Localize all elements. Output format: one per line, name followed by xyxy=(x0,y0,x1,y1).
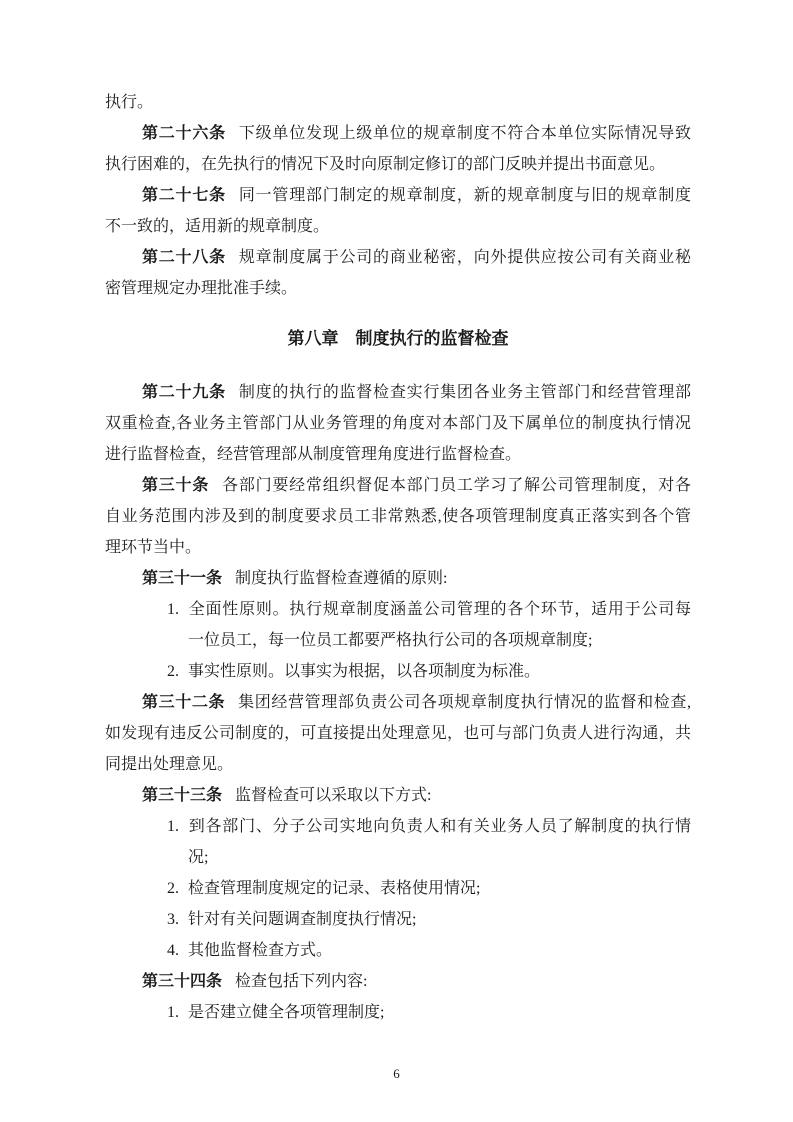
text-line: 同提出处理意见。 xyxy=(105,749,691,780)
item-number: 1. xyxy=(167,811,188,842)
text-line: 1.是否建立健全各项管理制度; xyxy=(188,997,691,1028)
text-line: 3.针对有关问题调查制度执行情况; xyxy=(188,904,691,935)
text-line: 第二十六条下级单位发现上级单位的规章制度不符合本单位实际情况导致 xyxy=(105,118,691,149)
article-number: 第二十七条 xyxy=(142,187,226,204)
text-line: 不一致的，适用新的规章制度。 xyxy=(105,211,691,242)
article-number: 第三十一条 xyxy=(142,570,222,587)
paragraph: 第二十七条同一管理部门制定的规章制度，新的规章制度与旧的规章制度不一致的，适用新… xyxy=(105,180,691,242)
page-number: 6 xyxy=(0,1064,793,1083)
text-line: 第三十一条制度执行监督检查遵循的原则: xyxy=(105,563,691,594)
article-number: 第二十六条 xyxy=(142,125,226,142)
text-line: 第三十条各部门要经常组织督促本部门员工学习了解公司管理制度，对各 xyxy=(105,470,691,501)
list-item: 1.到各部门、分子公司实地向负责人和有关业务人员了解制度的执行情况; xyxy=(105,811,691,873)
article-number: 第二十九条 xyxy=(142,384,226,401)
text-line: 自业务范围内涉及到的制度要求员工非常熟悉,使各项管理制度真正落实到各个管 xyxy=(105,501,691,532)
paragraph: 执行。 xyxy=(105,87,691,118)
paragraph: 第三十条各部门要经常组织督促本部门员工学习了解公司管理制度，对各自业务范围内涉及… xyxy=(105,470,691,563)
article-number: 第三十二条 xyxy=(142,694,225,711)
list-item: 1.是否建立健全各项管理制度; xyxy=(105,997,691,1028)
text-line: 2.检查管理制度规定的记录、表格使用情况; xyxy=(188,873,691,904)
article-number: 第三十四条 xyxy=(142,973,222,990)
list-item: 1.全面性原则。执行规章制度涵盖公司管理的各个环节，适用于公司每一位员工，每一位… xyxy=(105,594,691,656)
article-number: 第三十三条 xyxy=(142,787,222,804)
document-content: 执行。第二十六条下级单位发现上级单位的规章制度不符合本单位实际情况导致执行困难的… xyxy=(105,87,691,1028)
item-number: 2. xyxy=(167,873,188,904)
text-line: 一位员工，每一位员工都要严格执行公司的各项规章制度; xyxy=(188,625,691,656)
text-line: 第二十七条同一管理部门制定的规章制度，新的规章制度与旧的规章制度 xyxy=(105,180,691,211)
item-number: 3. xyxy=(167,904,188,935)
article-number: 第三十条 xyxy=(142,477,209,494)
text-line: 第二十八条规章制度属于公司的商业秘密，向外提供应按公司有关商业秘 xyxy=(105,242,691,273)
text-line: 执行。 xyxy=(105,87,691,118)
text-line: 执行困难的，在先执行的情况下及时向原制定修订的部门反映并提出书面意见。 xyxy=(105,149,691,180)
text-line: 2.事实性原则。以事实为根据，以各项制度为标准。 xyxy=(188,656,691,687)
text-line: 如发现有违反公司制度的，可直接提出处理意见，也可与部门负责人进行沟通，共 xyxy=(105,718,691,749)
text-line: 第三十三条监督检查可以采取以下方式: xyxy=(105,780,691,811)
paragraph: 第三十二条集团经营管理部负责公司各项规章制度执行情况的监督和检查,如发现有违反公… xyxy=(105,687,691,780)
paragraph: 第二十八条规章制度属于公司的商业秘密，向外提供应按公司有关商业秘密管理规定办理批… xyxy=(105,242,691,304)
article-number: 第二十八条 xyxy=(142,249,226,266)
item-number: 2. xyxy=(167,656,188,687)
list-item: 2.检查管理制度规定的记录、表格使用情况; xyxy=(105,873,691,904)
text-line: 1.到各部门、分子公司实地向负责人和有关业务人员了解制度的执行情 xyxy=(188,811,691,842)
text-line: 1.全面性原则。执行规章制度涵盖公司管理的各个环节，适用于公司每 xyxy=(188,594,691,625)
text-line: 密管理规定办理批准手续。 xyxy=(105,273,691,304)
item-number: 1. xyxy=(167,997,188,1028)
list-item: 2.事实性原则。以事实为根据，以各项制度为标准。 xyxy=(105,656,691,687)
list-item: 4.其他监督检查方式。 xyxy=(105,935,691,966)
chapter-heading: 第八章 制度执行的监督检查 xyxy=(105,323,691,354)
document-page: 执行。第二十六条下级单位发现上级单位的规章制度不符合本单位实际情况导致执行困难的… xyxy=(0,0,793,1122)
paragraph: 第二十九条制度的执行的监督检查实行集团各业务主管部门和经营管理部双重检查,各业务… xyxy=(105,377,691,470)
paragraph: 第三十三条监督检查可以采取以下方式: xyxy=(105,780,691,811)
text-line: 4.其他监督检查方式。 xyxy=(188,935,691,966)
paragraph: 第三十四条检查包括下列内容: xyxy=(105,966,691,997)
text-line: 第二十九条制度的执行的监督检查实行集团各业务主管部门和经营管理部 xyxy=(105,377,691,408)
text-line: 进行监督检查，经营管理部从制度管理角度进行监督检查。 xyxy=(105,439,691,470)
text-line: 第三十二条集团经营管理部负责公司各项规章制度执行情况的监督和检查, xyxy=(105,687,691,718)
text-line: 况; xyxy=(188,842,691,873)
text-line: 第三十四条检查包括下列内容: xyxy=(105,966,691,997)
text-line: 双重检查,各业务主管部门从业务管理的角度对本部门及下属单位的制度执行情况 xyxy=(105,408,691,439)
text-line: 理环节当中。 xyxy=(105,532,691,563)
item-number: 1. xyxy=(167,594,188,625)
paragraph: 第三十一条制度执行监督检查遵循的原则: xyxy=(105,563,691,594)
paragraph: 第二十六条下级单位发现上级单位的规章制度不符合本单位实际情况导致执行困难的，在先… xyxy=(105,118,691,180)
item-number: 4. xyxy=(167,935,188,966)
list-item: 3.针对有关问题调查制度执行情况; xyxy=(105,904,691,935)
